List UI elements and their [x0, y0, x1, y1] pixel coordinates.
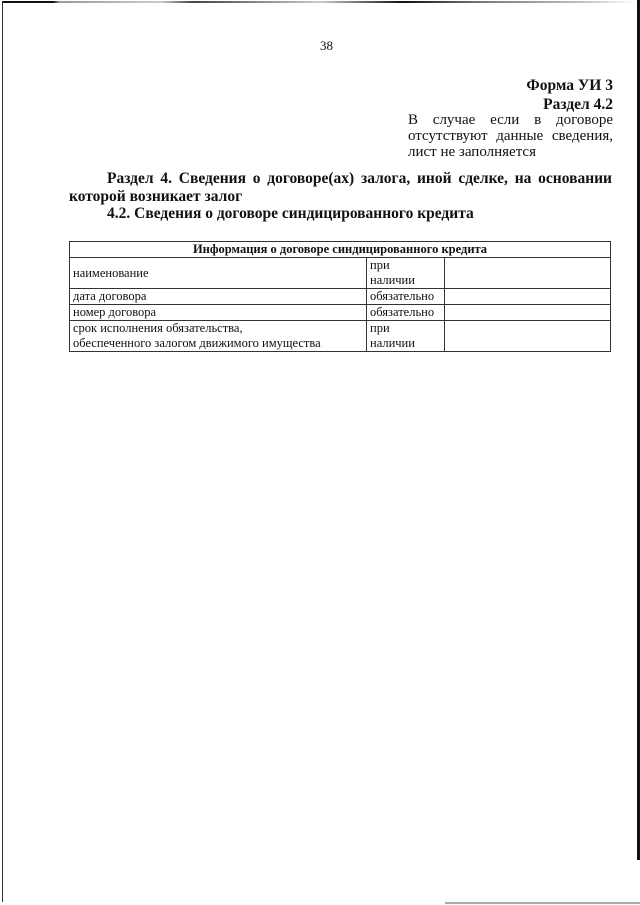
value-cell[interactable]: [445, 305, 611, 321]
field-label: срок исполнения обязательства, обеспечен…: [70, 321, 367, 352]
field-label-line: обеспеченного залогом движимого имуществ…: [73, 336, 363, 351]
field-label: наименование: [70, 258, 367, 289]
value-cell[interactable]: [445, 258, 611, 289]
requirement-cell: при наличии: [367, 321, 445, 352]
requirement-text: наличии: [370, 273, 441, 288]
table-row: срок исполнения обязательства, обеспечен…: [70, 321, 611, 352]
page-number: 38: [320, 38, 350, 54]
section-heading: Раздел 4. Сведения о договоре(ах) залога…: [69, 170, 612, 206]
table-row: дата договора обязательно: [70, 289, 611, 305]
requirement-text: при: [370, 258, 441, 273]
requirement-text: при: [370, 321, 441, 336]
field-label-line: срок исполнения обязательства,: [73, 321, 363, 336]
scan-edge-left: [2, 2, 3, 902]
value-cell[interactable]: [445, 289, 611, 305]
subsection-heading: 4.2. Сведения о договоре синдицированног…: [107, 205, 474, 223]
requirement-cell: при наличии: [367, 258, 445, 289]
scan-edge-top: [2, 1, 638, 3]
fill-note: В случае если в договоре отсутствуют дан…: [408, 112, 613, 160]
table-title: Информация о договоре синдицированного к…: [70, 242, 611, 258]
value-cell[interactable]: [445, 321, 611, 352]
requirement-cell: обязательно: [367, 305, 445, 321]
form-name: Форма УИ 3: [526, 76, 613, 95]
form-label: Форма УИ 3 Раздел 4.2: [526, 76, 613, 114]
field-label: дата договора: [70, 289, 367, 305]
table-header-row: Информация о договоре синдицированного к…: [70, 242, 611, 258]
field-label: номер договора: [70, 305, 367, 321]
requirement-cell: обязательно: [367, 289, 445, 305]
table-row: наименование при наличии: [70, 258, 611, 289]
syndicated-loan-info-table: Информация о договоре синдицированного к…: [69, 241, 611, 352]
scan-edge-bottom: [445, 902, 640, 904]
requirement-text: наличии: [370, 336, 441, 351]
table-row: номер договора обязательно: [70, 305, 611, 321]
